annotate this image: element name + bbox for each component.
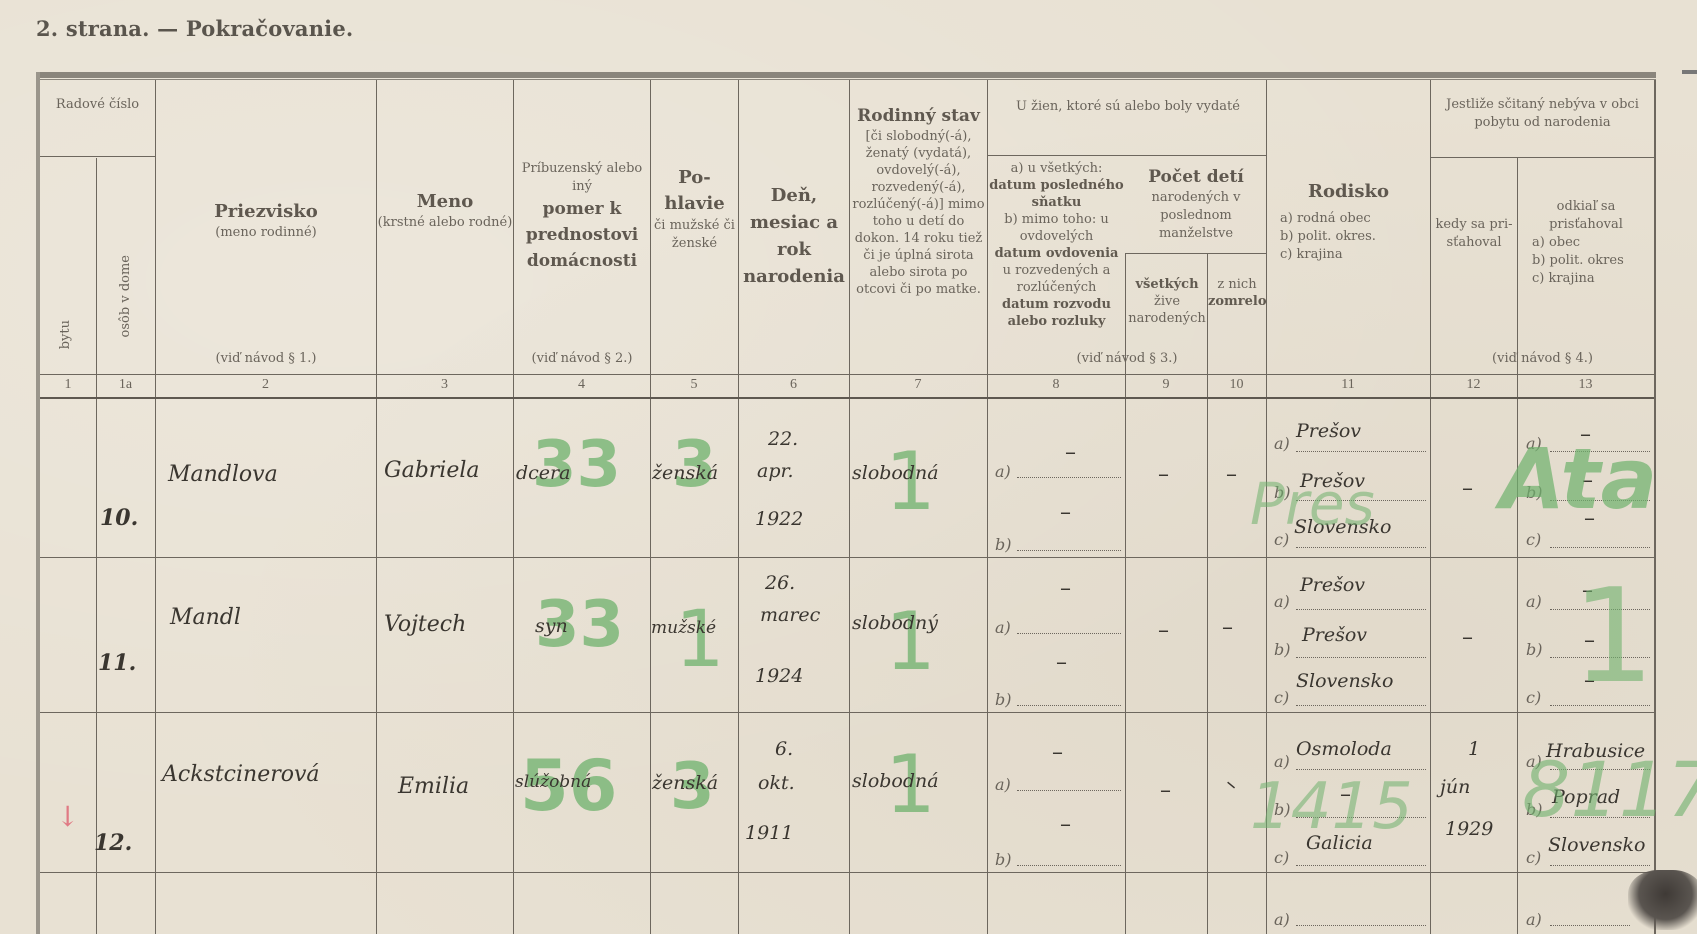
first-name: Emilia (398, 774, 469, 799)
column-number: 1 (40, 377, 96, 397)
label-a: a) (1274, 592, 1290, 611)
column-number: 12 (1430, 377, 1517, 397)
marriage-a: – (1065, 440, 1076, 465)
birth-month: okt. (758, 772, 795, 794)
first-name: Gabriela (384, 458, 480, 483)
birthplace-a: Prešov (1300, 574, 1365, 596)
column-number: 8 (987, 377, 1125, 397)
label-b: b) (995, 690, 1011, 709)
header-col10-bold: zomrelo (1208, 294, 1267, 309)
page-title: 2. strana. — Pokračovanie. (36, 16, 353, 41)
fill-line (1017, 705, 1121, 706)
person-number: 12. (94, 830, 132, 856)
header-col9: žive narodených (1127, 293, 1207, 327)
column-number: 2 (155, 377, 376, 397)
marriage-a: – (1052, 740, 1063, 765)
sex-code: 1 (675, 595, 725, 685)
fill-line (1296, 865, 1426, 866)
marriage-a: – (1060, 576, 1071, 601)
column-number: 13 (1517, 377, 1654, 397)
fill-line (1296, 925, 1426, 926)
marriage-b: – (1056, 650, 1067, 675)
header-women-ref: (viď návod § 3.) (988, 350, 1266, 368)
column-number: 9 (1125, 377, 1207, 397)
header-bottom-border (40, 397, 1654, 399)
birth-year: 1922 (755, 508, 803, 530)
column-number: 11 (1266, 377, 1430, 397)
header-col5-sub: či mužské či ženské (651, 217, 738, 253)
label-c: c) (1274, 848, 1289, 867)
sex: ženská (652, 462, 718, 484)
label-a: a) (995, 462, 1011, 481)
row-divider (40, 374, 1654, 375)
children-died: – (1222, 615, 1233, 640)
children-born: – (1160, 778, 1171, 803)
marital-status: slobodná (852, 770, 939, 792)
children-born: – (1158, 618, 1169, 643)
column-number: 6 (738, 377, 849, 397)
birthplace-a: Prešov (1296, 420, 1361, 442)
header-col11-item-c: c) krajina (1280, 246, 1430, 264)
first-name: Vojtech (384, 612, 466, 637)
moved-from-c: Slovensko (1548, 834, 1645, 856)
label-a: a) (1526, 592, 1542, 611)
relation: syn (535, 615, 568, 637)
row-divider (1430, 157, 1654, 158)
header-col11-title: Rodisko (1267, 180, 1430, 204)
label-a: a) (995, 618, 1011, 637)
header-col2-sub: (meno rodinné) (156, 224, 376, 242)
moved-code: 1 (1572, 560, 1655, 712)
birth-year: 1924 (755, 665, 803, 687)
header-children-sub: narodených v poslednom manželstve (1126, 189, 1266, 243)
surname: Ackstcinerová (162, 762, 320, 787)
fill-line (1296, 451, 1426, 452)
header-col10-pre: z nich (1208, 276, 1266, 293)
children-died: – (1226, 462, 1237, 487)
fill-line (1296, 657, 1426, 658)
birth-month: apr. (757, 460, 794, 482)
table-top-border-inner (36, 79, 1656, 80)
person-number: 11. (98, 650, 136, 676)
header-col1: bytu (58, 320, 73, 349)
row-divider (40, 712, 1654, 713)
header-col8-b-bold2: datum rozvodu alebo rozluky (1002, 297, 1111, 329)
header-col13-title: odkiaľ sa prisťahoval (1518, 198, 1654, 234)
header-col13-item-a: a) obec (1532, 234, 1654, 252)
label-c: c) (1274, 688, 1289, 707)
edge-mark (1682, 70, 1697, 74)
red-arrow-mark: ↓ (56, 800, 79, 833)
moved-code: Ata (1500, 430, 1657, 528)
header-col9-bold: všetkých (1135, 277, 1198, 292)
header-col3-sub: (krstné alebo rodné) (377, 214, 513, 232)
header-migration-ref: (viď návod § 4.) (1431, 350, 1654, 368)
surname: Mandlova (168, 462, 278, 487)
relation: dcera (516, 462, 570, 484)
header-col8-a: a) u všetkých: (988, 160, 1125, 177)
moved-when-year: 1929 (1445, 818, 1493, 840)
label-c: c) (1526, 688, 1541, 707)
fill-line (1017, 790, 1121, 791)
label-a: a) (1526, 910, 1542, 929)
label-c: c) (1526, 848, 1541, 867)
fill-line (1550, 925, 1630, 926)
moved-when: – (1462, 625, 1473, 650)
marital-status: slobodná (852, 462, 939, 484)
moved-when-month: jún (1440, 776, 1470, 798)
label-b: b) (995, 850, 1011, 869)
header-col4-pre: Príbuzenský alebo iný (514, 160, 650, 196)
header-col12: kedy sa pri-sťahoval (1432, 216, 1516, 252)
header-col8-b-bold1: datum ovdovenia (995, 246, 1119, 261)
column-number: 10 (1207, 377, 1266, 397)
column-number: 4 (513, 377, 650, 397)
moved-code: 8117 (1522, 745, 1697, 834)
fill-line (1296, 705, 1426, 706)
fill-line (1550, 865, 1650, 866)
birth-month: marec (760, 604, 820, 626)
header-migration-group: Jestliže sčitaný nebýva v obci pobytu od… (1431, 96, 1654, 132)
label-b: b) (1526, 640, 1542, 659)
col-divider (96, 158, 97, 934)
table-top-border (36, 72, 1656, 78)
moved-when: – (1462, 476, 1473, 501)
column-number: 7 (849, 377, 987, 397)
label-a: a) (1274, 434, 1290, 453)
header-col2-ref: (viď návod § 1.) (156, 350, 376, 368)
header-col1a: osôb v dome (118, 255, 133, 337)
birth-day: 26. (765, 572, 795, 594)
label-a: a) (1274, 752, 1290, 771)
birthplace-b: Prešov (1302, 624, 1367, 646)
col-divider (1430, 80, 1431, 934)
fill-line (1550, 547, 1650, 548)
header-col6-title: Deň, mesiac a rok narodenia (739, 182, 849, 290)
header-col7-title: Rodinný stav (850, 104, 987, 128)
header-col7-sub: [či slobodný(-á), ženatý (vydatá), ovdov… (850, 128, 987, 298)
marital-status: slobodný (852, 612, 938, 634)
header-col11-item-a: a) rodná obec (1280, 210, 1430, 228)
row-divider (1125, 253, 1266, 254)
row-divider (987, 155, 1266, 156)
person-number: 10. (100, 505, 138, 531)
birth-year: 1911 (745, 822, 793, 844)
header-col8-b: b) mimo toho: u ovdovelých (988, 211, 1125, 245)
fill-line (1296, 547, 1426, 548)
birth-day: 22. (768, 428, 798, 450)
header-col8-b2: u rozvedených a rozlúčených (988, 262, 1125, 296)
header-women-group: U žien, ktoré sú alebo boly vydaté (990, 98, 1266, 116)
label-b: b) (1274, 640, 1290, 659)
row-divider (40, 872, 1654, 873)
row-divider (40, 156, 155, 157)
fill-line (1017, 477, 1121, 478)
marital-code: 1 (885, 595, 936, 688)
fill-line (1296, 609, 1426, 610)
sex: ženská (652, 772, 718, 794)
ink-stain (1628, 870, 1697, 930)
children-died: – (1219, 771, 1243, 797)
row-divider (40, 557, 1654, 558)
header-col2-title: Priezvisko (156, 200, 376, 224)
column-number: 1a (96, 377, 155, 397)
birthplace-a: Osmoloda (1296, 738, 1392, 760)
header-col5-title: Po-hlavie (651, 165, 738, 217)
surname: Mandl (170, 605, 241, 630)
birthplace-code: 1415 (1250, 770, 1413, 844)
header-col4-title: pomer k prednostovi domácnosti (514, 196, 650, 274)
fill-line (1017, 550, 1121, 551)
children-born: – (1158, 462, 1169, 487)
table-left-border (36, 72, 40, 934)
marriage-b: – (1060, 500, 1071, 525)
header-children-title: Počet detí (1126, 165, 1266, 189)
label-c: c) (1526, 530, 1541, 549)
fill-line (1017, 865, 1121, 866)
label-a: a) (1274, 910, 1290, 929)
header-col3-title: Meno (377, 190, 513, 214)
header-col13-item-c: c) krajina (1532, 270, 1654, 288)
moved-when-day: 1 (1468, 738, 1480, 760)
header-col11-item-b: b) polit. okres. (1280, 228, 1430, 246)
column-number: 5 (650, 377, 738, 397)
birth-day: 6. (775, 738, 793, 760)
header-col4-ref: (viď návod § 2.) (514, 350, 650, 368)
header-col8-a-bold: datum posledného sňatku (989, 178, 1123, 210)
birthplace-c: Slovensko (1296, 670, 1393, 692)
label-b: b) (995, 535, 1011, 554)
relation: slúžobná (515, 772, 591, 792)
label-a: a) (995, 775, 1011, 794)
column-number: 3 (376, 377, 513, 397)
header-col13-item-b: b) polit. okres (1532, 252, 1654, 270)
header-radove-cislo: Radové číslo (40, 96, 155, 114)
marriage-b: – (1060, 812, 1071, 837)
fill-line (1017, 633, 1121, 634)
birthplace-code: Pres (1250, 470, 1375, 538)
sex: mužské (651, 618, 716, 638)
